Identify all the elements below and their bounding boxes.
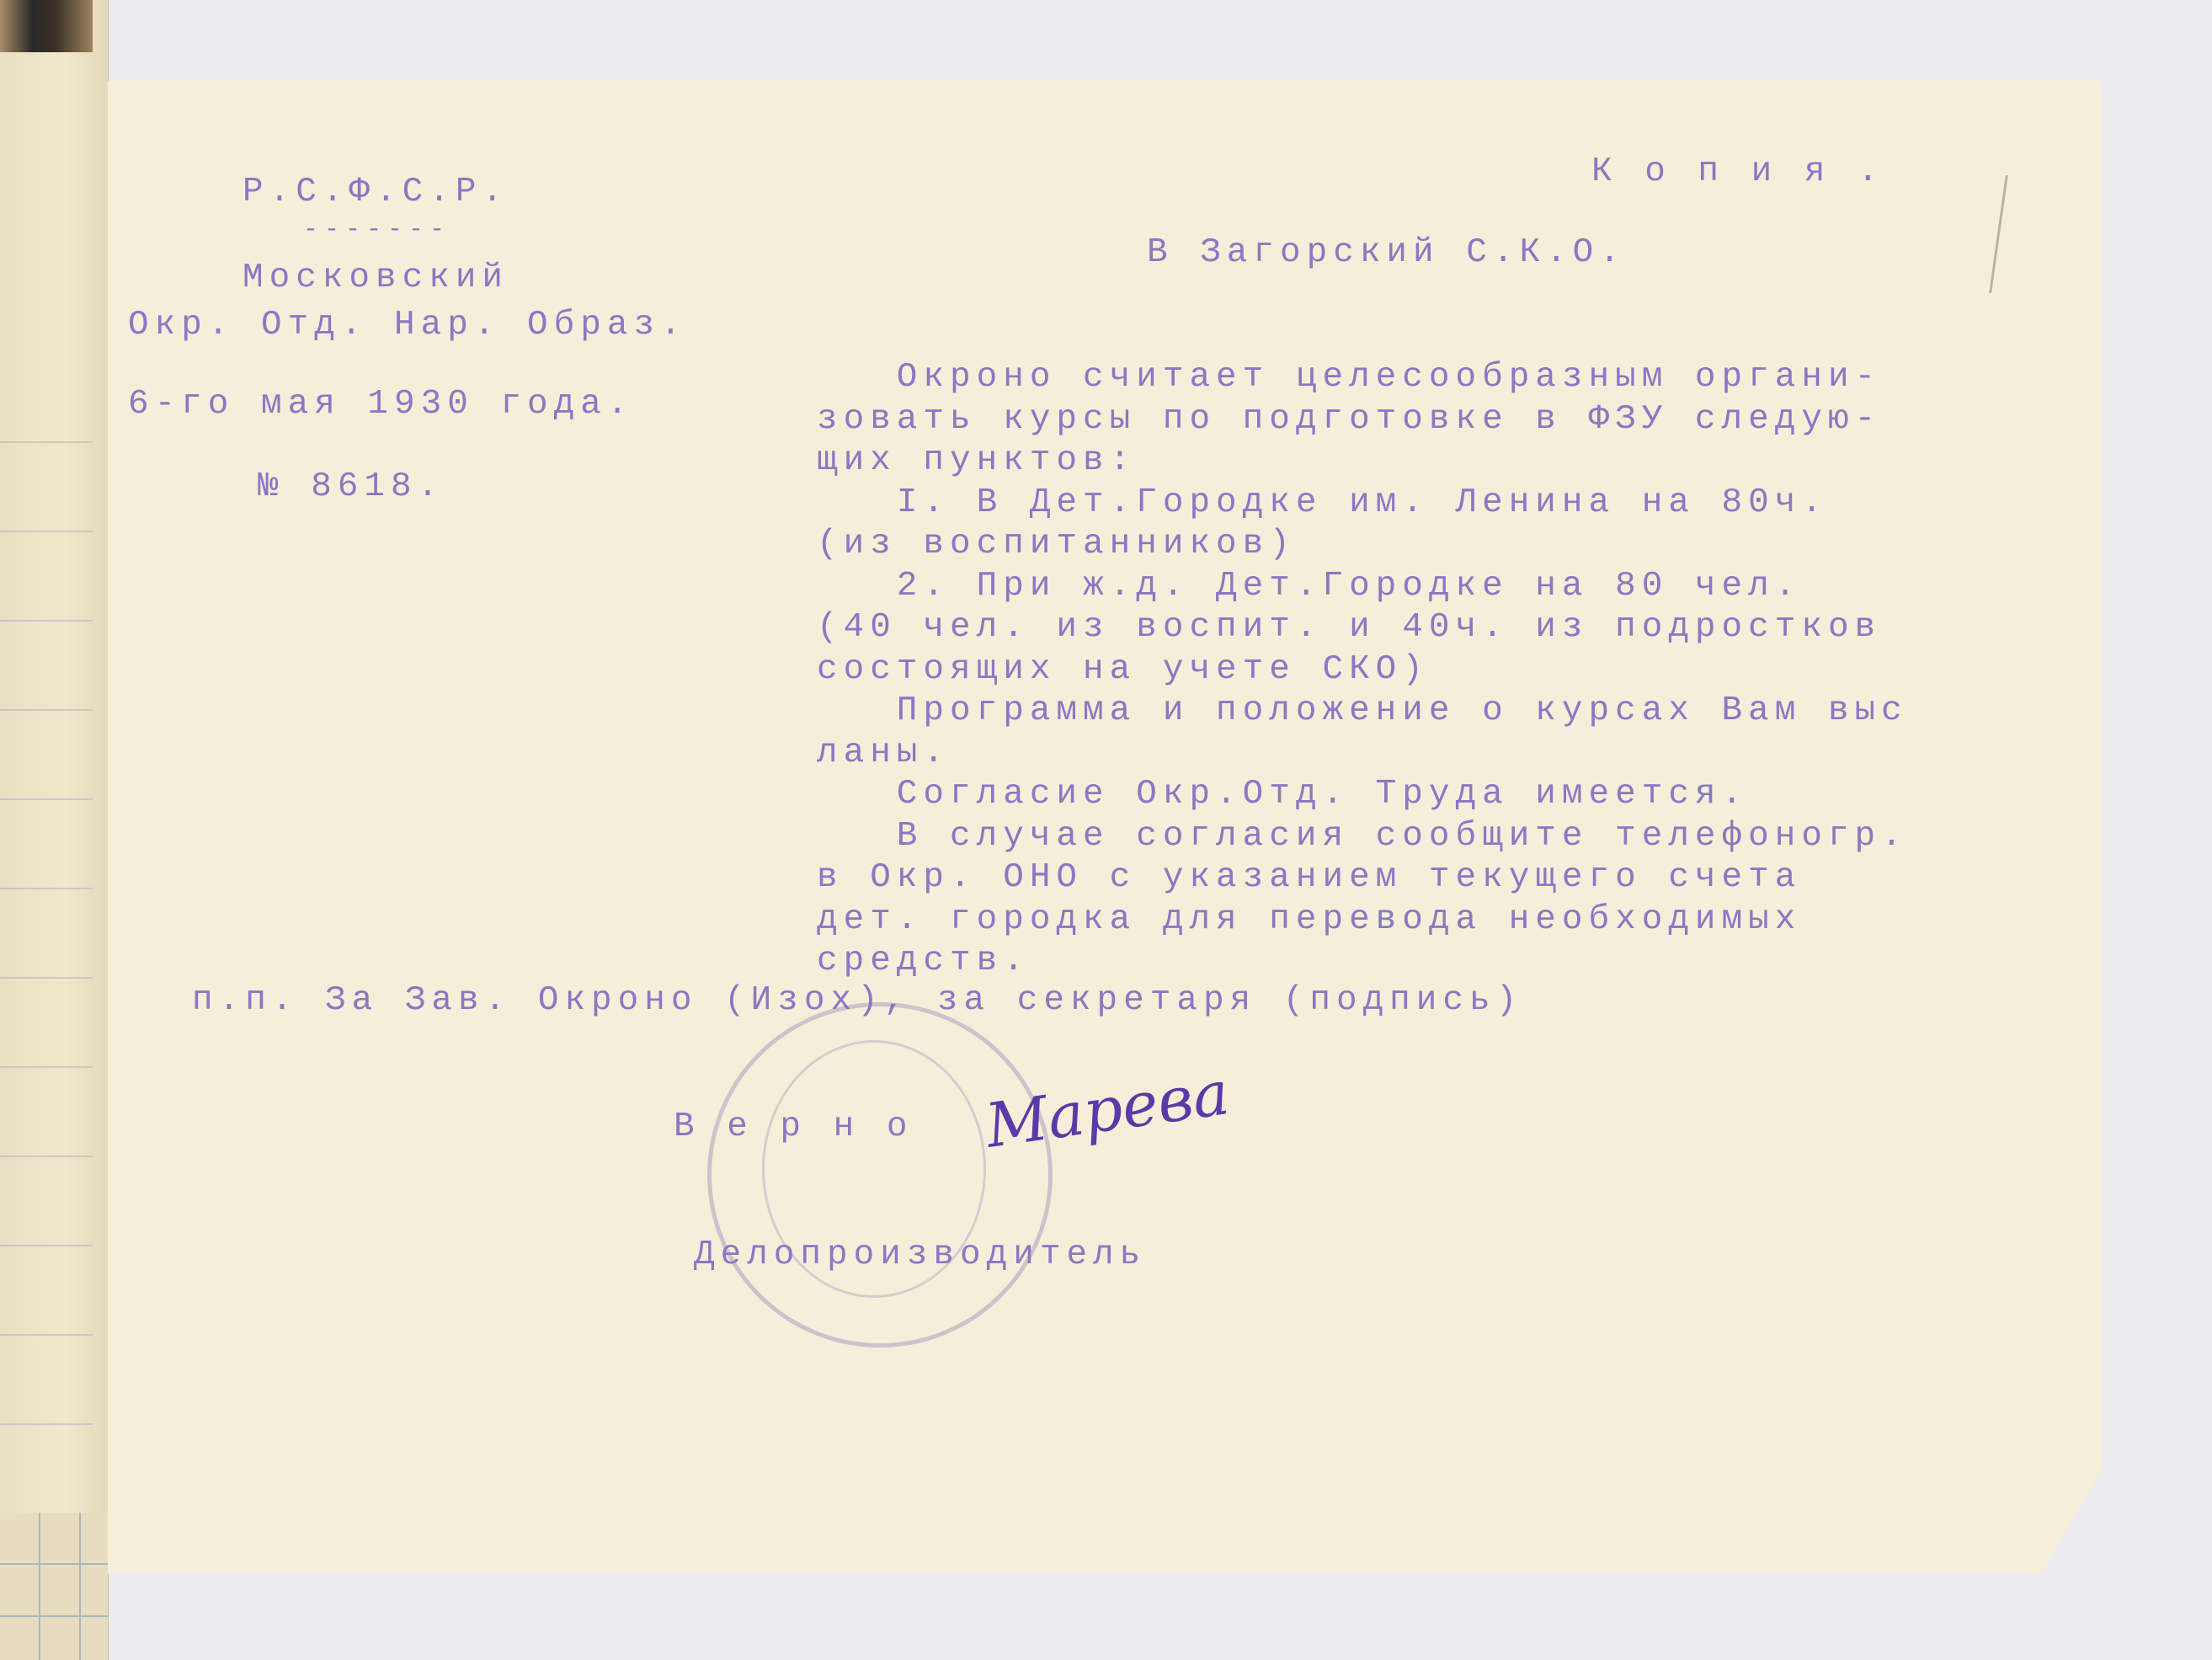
body-line: 2. При ж.д. Дет.Городке на 80 чел. — [817, 569, 1801, 604]
body-line: щих пунктов: — [817, 444, 1136, 478]
binder-spine — [0, 0, 93, 52]
body-line: дет. городка для перевода необходимых — [817, 903, 1801, 937]
grid-paper — [0, 1513, 108, 1660]
body-line: Согласие Окр.Отд. Труда имеется. — [817, 777, 1748, 812]
header-divider: ------- — [303, 217, 450, 243]
copy-label: К о п и я . — [1591, 155, 1884, 189]
addressee: В Загорский С.К.О. — [1147, 236, 1626, 270]
body-line: в Окр. ОНО с указанием текущего счета — [817, 861, 1801, 895]
ruled-paper — [0, 354, 93, 1524]
round-stamp — [707, 1002, 1053, 1348]
body-line: В случае согласия сообщите телефоногр. — [817, 819, 1908, 854]
header-country: Р.С.Ф.С.Р. — [243, 175, 509, 210]
header-org-line2: Окр. Отд. Нар. Образ. — [128, 308, 687, 343]
document-number: № 8618. — [258, 470, 444, 504]
body-line: Окроно считает целесообразным органи- — [817, 360, 1881, 395]
body-line: I. В Дет.Городке им. Ленина на 80ч. — [817, 486, 1828, 520]
body-line: Программа и положение о курсах Вам выс — [817, 694, 1908, 729]
binder-edge — [0, 0, 109, 1660]
body-line: средств. — [817, 944, 1030, 979]
body-line: ланы. — [817, 736, 950, 771]
body-line: состоящих на учете СКО) — [817, 653, 1429, 687]
body-line: (из воспитанников) — [817, 527, 1296, 562]
verified-label: В е р н о — [674, 1110, 913, 1145]
document-date: 6-го мая 1930 года. — [128, 387, 633, 422]
body-line: зовать курсы по подготовке в ФЗУ следую- — [817, 403, 1881, 437]
header-org-line1: Московский — [243, 261, 509, 296]
clerk-role: Делопроизводитель — [694, 1238, 1146, 1273]
body-line: (40 чел. из воспит. и 40ч. из подростков — [817, 611, 1881, 645]
